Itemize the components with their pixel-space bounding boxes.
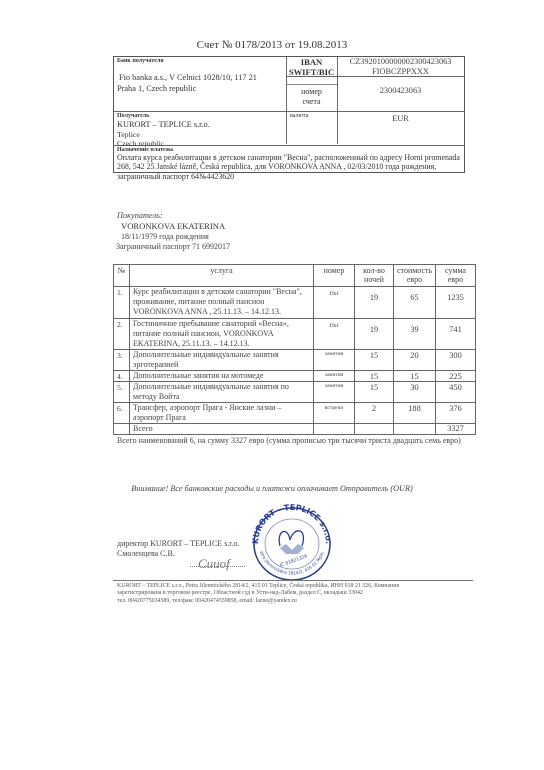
row-price: 30 <box>394 382 436 403</box>
services-header-row: № услуга номер кол-во ночей стоимость ев… <box>114 265 476 287</box>
svg-text:KURORT - TEPLICE s.r.o.: KURORT - TEPLICE s.r.o. <box>251 503 333 544</box>
row-number: 2. <box>114 319 130 350</box>
bank-details-table: Банк получателя Fio banka a.s., V Celnic… <box>113 56 465 173</box>
header-sum: сумма евро <box>436 265 476 287</box>
purchaser-name: VORONKOVA EKATERINA <box>121 221 225 231</box>
row-unit: встречи <box>314 403 355 424</box>
iban-label: IBAN <box>286 57 337 67</box>
row-price: 20 <box>394 350 436 371</box>
total-empty <box>114 424 130 435</box>
service-row: 5.Дополнительные индивидуальные занятия … <box>114 382 476 403</box>
row-service: Курс реабилитации в детском санатории "В… <box>130 287 314 319</box>
row-number: 4. <box>114 371 130 382</box>
total-empty <box>314 424 355 435</box>
iban-value: CZ3920100000002300423063 <box>337 57 464 66</box>
director-line: директор KURORT – TEPLICE s.r.o. <box>117 539 240 549</box>
bank-city: Praha 1, Czech republic <box>117 84 196 95</box>
total-empty <box>394 424 436 435</box>
company-footer: KURORT – TEPLICE s.r.o., Petra Jilemnick… <box>117 583 482 605</box>
header-no: № <box>114 265 130 287</box>
row-price: 188 <box>394 403 436 424</box>
row-number: 6. <box>114 403 130 424</box>
row-service: Дополнительные занятия на мотомеде <box>130 371 314 382</box>
row-qty: 19 <box>355 287 394 319</box>
row-unit: DbI <box>314 319 355 350</box>
service-row: 3.Дополнительные индивидуальные занятия … <box>114 350 476 371</box>
row-service: Дополнительные индивидуальные занятия эр… <box>130 350 314 371</box>
row-service: Дополнительные индивидуальные занятия по… <box>130 382 314 403</box>
row-sum: 300 <box>436 350 476 371</box>
signature: Cuuof <box>198 556 230 572</box>
header-nights: кол-во ночей <box>355 265 394 287</box>
purchaser-passport: Заграничный паспорт 71 6992017 <box>116 242 230 251</box>
swift-value: FIOBCZPPXXX <box>337 67 464 76</box>
service-row: 4.Дополнительные занятия на мотомедезаня… <box>114 371 476 382</box>
row-service: Трансфер, аэропорт Прага - Янские лазни … <box>130 403 314 424</box>
row-qty: 15 <box>355 371 394 382</box>
row-number: 1. <box>114 287 130 319</box>
row-qty: 2 <box>355 403 394 424</box>
swift-label: SWIFT/BIC <box>286 67 337 77</box>
service-row: 2.Гостиничное пребывание санаторий «Весн… <box>114 319 476 350</box>
bank-name: Fio banka a.s., V Celnici 1028/10, 117 2… <box>119 73 257 84</box>
header-price: стоимость евро <box>394 265 436 287</box>
row-sum: 225 <box>436 371 476 382</box>
total-row: Всего3327 <box>114 424 476 435</box>
row-unit: DbI <box>314 287 355 319</box>
row-price: 15 <box>394 371 436 382</box>
total-empty <box>355 424 394 435</box>
invoice-title: Счет № 0178/2013 от 19.08.2013 <box>0 39 544 51</box>
footer-line-2: зарегистрирована в торговом реестре, Обл… <box>117 590 482 597</box>
row-number: 3. <box>114 350 130 371</box>
row-price: 39 <box>394 319 436 350</box>
row-qty: 19 <box>355 319 394 350</box>
summary-text: Всего наименований 6, на сумму 3327 евро… <box>117 435 482 446</box>
row-unit: занятия <box>314 350 355 371</box>
purchaser-label: Покупатель: <box>117 211 163 220</box>
header-unit: номер <box>314 265 355 287</box>
recipient-label: Получатель <box>117 113 149 119</box>
bank-charges-notice: Внимание! Все банковские расходы и плате… <box>0 484 544 493</box>
currency-value: EUR <box>337 114 464 123</box>
row-sum: 450 <box>436 382 476 403</box>
total-label: Всего <box>130 424 314 435</box>
bank-label: Банк получателя <box>117 58 164 64</box>
account-label-1: номер <box>286 87 337 96</box>
account-value: 2300423063 <box>337 86 464 95</box>
account-label-2: счета <box>286 97 337 106</box>
row-price: 65 <box>394 287 436 319</box>
purchaser-dob: 18/11/1979 года рождения <box>121 232 209 241</box>
row-sum: 1235 <box>436 287 476 319</box>
company-stamp-icon: KURORT - TEPLICE s.r.o. Petra Jilemnické… <box>236 500 348 582</box>
footer-divider <box>113 580 473 581</box>
footer-line-3: тел. 00420775034589, тел/факс 0042047455… <box>117 598 482 605</box>
header-service: услуга <box>130 265 314 287</box>
row-unit: занятия <box>314 371 355 382</box>
row-qty: 15 <box>355 350 394 371</box>
row-number: 5. <box>114 382 130 403</box>
row-sum: 741 <box>436 319 476 350</box>
service-row: 6.Трансфер, аэропорт Прага - Янские лазн… <box>114 403 476 424</box>
purpose-text: Оплата курса реабилитации в детском сана… <box>117 153 469 181</box>
row-qty: 15 <box>355 382 394 403</box>
service-row: 1.Курс реабилитации в детском санатории … <box>114 287 476 319</box>
currency-label: валюта <box>290 113 308 119</box>
total-value: 3327 <box>436 424 476 435</box>
row-sum: 376 <box>436 403 476 424</box>
recipient-name: KURORT – TEPLICE s.r.o. <box>117 120 210 131</box>
services-table: № услуга номер кол-во ночей стоимость ев… <box>113 264 476 435</box>
row-service: Гостиничное пребывание санаторий «Весна»… <box>130 319 314 350</box>
row-unit: занятия <box>314 382 355 403</box>
